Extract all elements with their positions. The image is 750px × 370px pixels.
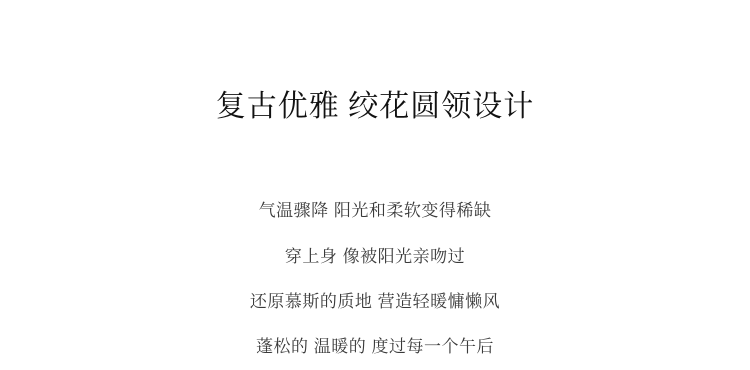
description-line-2: 穿上身 像被阳光亲吻过 — [0, 246, 750, 268]
product-description-section: 复古优雅 绞花圆领设计 气温骤降 阳光和柔软变得稀缺 穿上身 像被阳光亲吻过 还… — [0, 0, 750, 370]
description-line-1: 气温骤降 阳光和柔软变得稀缺 — [0, 200, 750, 222]
section-title: 复古优雅 绞花圆领设计 — [0, 90, 750, 124]
description-line-4: 蓬松的 温暖的 度过每一个午后 — [0, 336, 750, 358]
description-line-3: 还原慕斯的质地 营造轻暖慵懒风 — [0, 291, 750, 313]
